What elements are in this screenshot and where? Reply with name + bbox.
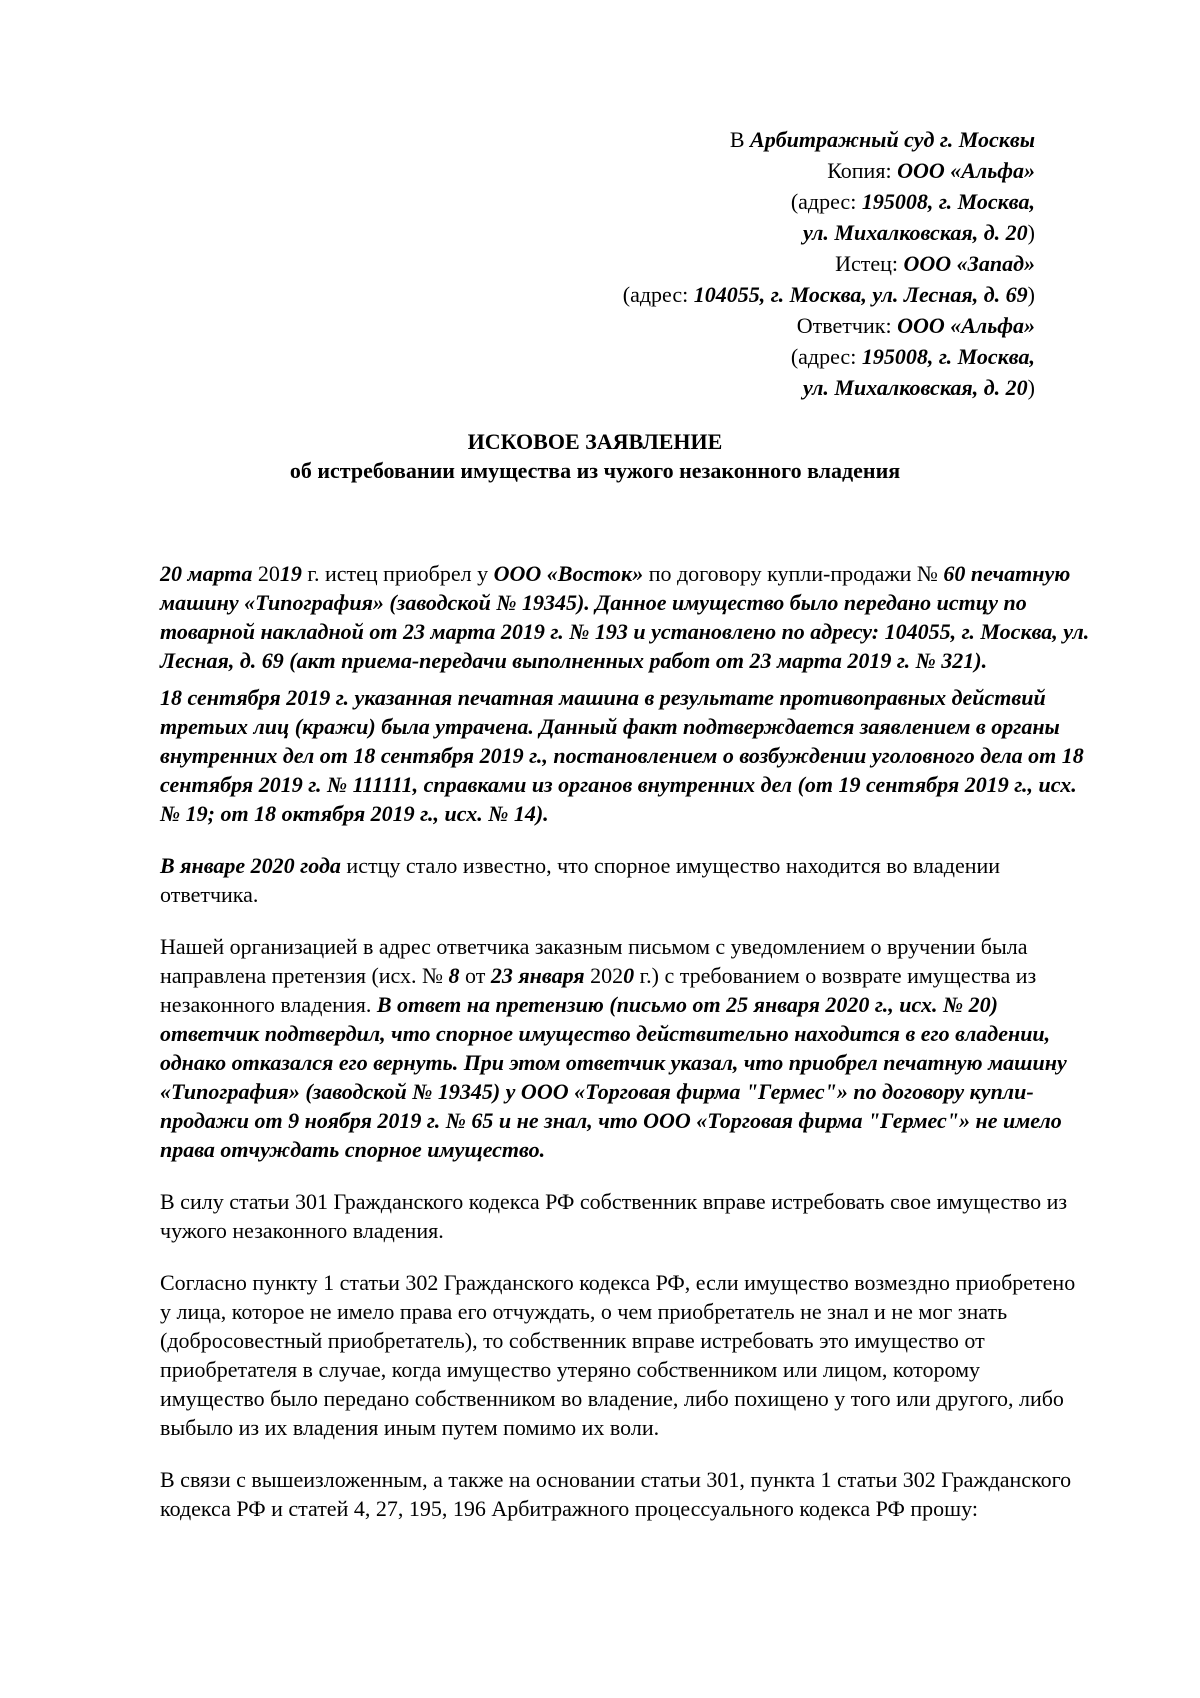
text-run: 195008, г. Москва, [862,189,1035,214]
header-line: (адрес: 104055, г. Москва, ул. Лесная, д… [160,279,1035,310]
header-line: Ответчик: ООО «Альфа» [160,310,1035,341]
document-page: В Арбитражный суд г. МосквыКопия: ООО «А… [0,0,1200,1698]
header-line: Копия: ООО «Альфа» [160,155,1035,186]
text-run: 20 [258,561,280,586]
text-run: (адрес: [791,344,862,369]
text-run: по договору купли-продажи № [643,561,943,586]
text-run: В силу статьи 301 Гражданского кодекса Р… [160,1189,1067,1243]
text-run: 8 [449,963,460,988]
text-run: 23 января [491,963,585,988]
text-run: 18 сентября 2019 г. указанная печатная м… [160,685,1084,826]
text-run: ул. Михалковская, д. 20 [803,375,1028,400]
text-run: В связи с вышеизложенным, а также на осн… [160,1467,1071,1521]
paragraph: Нашей организацией в адрес ответчика зак… [160,932,1090,1164]
text-run: 104055, г. Москва, ул. Лесная, д. 69 [694,282,1028,307]
header-line: В Арбитражный суд г. Москвы [160,124,1035,155]
header-line: ул. Михалковская, д. 20) [160,217,1035,248]
text-run: 202 [585,963,624,988]
paragraph: 20 марта 2019 г. истец приобрел у ООО «В… [160,559,1090,675]
text-run: 19 [280,561,302,586]
court-header-block: В Арбитражный суд г. МосквыКопия: ООО «А… [160,124,1090,403]
text-run: ООО «Запад» [903,251,1035,276]
text-run: Согласно пункту 1 статьи 302 Гражданског… [160,1270,1075,1440]
text-run: ) [1028,282,1035,307]
header-line: (адрес: 195008, г. Москва, [160,186,1035,217]
text-run: Арбитражный суд г. Москвы [750,127,1035,152]
text-run: 20 марта [160,561,258,586]
paragraph: 18 сентября 2019 г. указанная печатная м… [160,683,1090,828]
text-run: ООО «Альфа» [897,158,1035,183]
text-run: ) [1028,375,1035,400]
text-run: ООО «Альфа» [897,313,1035,338]
document-title-block: ИСКОВОЕ ЗАЯВЛЕНИЕ об истребовании имущес… [160,427,1090,485]
text-run: 195008, г. Москва, [862,344,1035,369]
text-run: В ответ на претензию (письмо от 25 январ… [160,992,1067,1162]
text-run: ООО «Восток» [494,561,644,586]
text-run: ) [1028,220,1035,245]
header-line: (адрес: 195008, г. Москва, [160,341,1035,372]
text-run: 0 [623,963,634,988]
document-body: 20 марта 2019 г. истец приобрел у ООО «В… [160,559,1090,1523]
paragraph: В январе 2020 года истцу стало известно,… [160,851,1090,909]
text-run: (адрес: [623,282,694,307]
text-run: от [460,963,491,988]
text-run: Ответчик: [797,313,897,338]
text-run: Копия: [827,158,897,183]
header-line: ул. Михалковская, д. 20) [160,372,1035,403]
header-line: Истец: ООО «Запад» [160,248,1035,279]
text-run: В январе 2020 года [160,853,341,878]
document-subtitle: об истребовании имущества из чужого неза… [160,456,1030,485]
text-run: В [730,127,750,152]
text-run: ул. Михалковская, д. 20 [803,220,1028,245]
paragraph: Согласно пункту 1 статьи 302 Гражданског… [160,1268,1090,1442]
paragraph: В связи с вышеизложенным, а также на осн… [160,1465,1090,1523]
document-title: ИСКОВОЕ ЗАЯВЛЕНИЕ [160,427,1030,456]
text-run: г. истец приобрел у [302,561,494,586]
legal-document: В Арбитражный суд г. МосквыКопия: ООО «А… [160,124,1090,1546]
text-run: Истец: [835,251,903,276]
paragraph: В силу статьи 301 Гражданского кодекса Р… [160,1187,1090,1245]
text-run: (адрес: [791,189,862,214]
